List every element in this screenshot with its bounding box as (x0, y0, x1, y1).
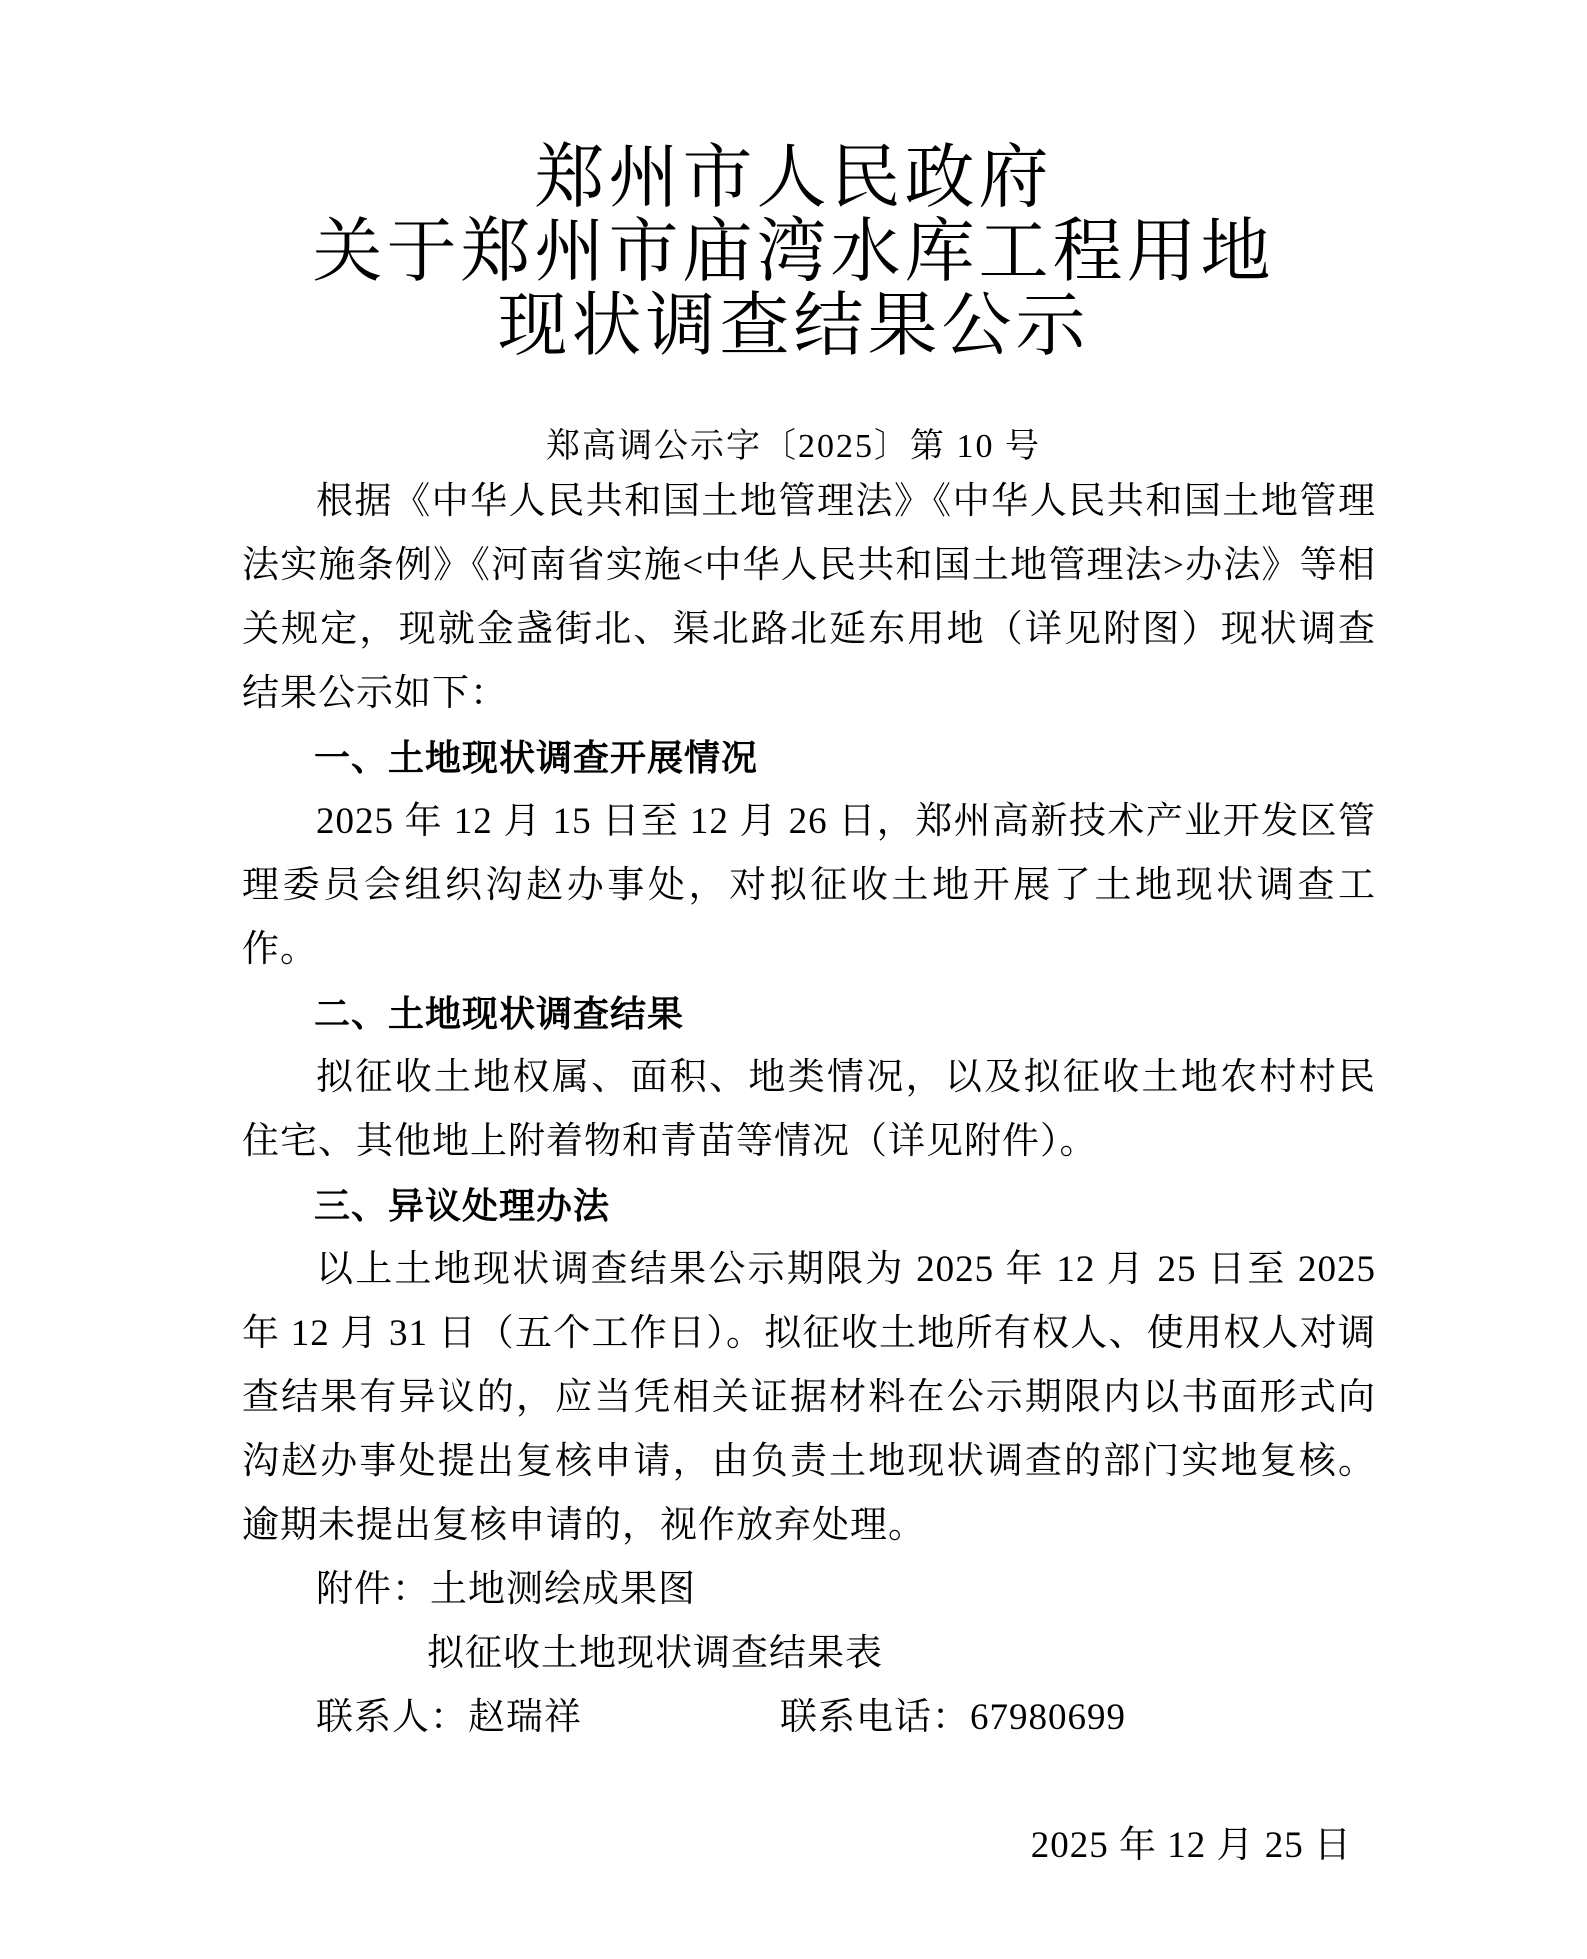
document-title-line-3: 现状调查结果公示 (0, 290, 1587, 364)
contact-line: 联系人：赵瑞祥联系电话：67980699 (242, 1686, 1376, 1750)
section-2-heading: 二、土地现状调查结果 (242, 982, 1376, 1046)
document-title-line-1: 郑州市人民政府 (0, 142, 1587, 216)
intro-paragraph: 根据《中华人民共和国土地管理法》《中华人民共和国土地管理法实施条例》《河南省实施… (242, 470, 1376, 726)
attachment-label: 附件： (316, 1569, 430, 1610)
document-body: 根据《中华人民共和国土地管理法》《中华人民共和国土地管理法实施条例》《河南省实施… (242, 470, 1376, 1878)
section-1-body: 2025 年 12 月 15 日至 12 月 26 日，郑州高新技术产业开发区管… (242, 790, 1376, 982)
contact-phone-number: 67980699 (970, 1697, 1126, 1738)
document-title-line-2: 关于郑州市庙湾水库工程用地 (0, 216, 1587, 290)
document-page: 郑州市人民政府 关于郑州市庙湾水库工程用地 现状调查结果公示 郑高调公示字〔20… (0, 0, 1587, 1959)
contact-phone-label: 联系电话： (780, 1697, 970, 1738)
document-number: 郑高调公示字〔2025〕第 10 号 (0, 424, 1587, 470)
contact-person-label: 联系人： (316, 1697, 468, 1738)
attachment-line-1: 附件：土地测绘成果图 (242, 1558, 1376, 1622)
section-2-body: 拟征收土地权属、面积、地类情况，以及拟征收土地农村村民住宅、其他地上附着物和青苗… (242, 1046, 1376, 1174)
attachment-item-2: 拟征收土地现状调查结果表 (242, 1622, 1376, 1686)
document-title: 郑州市人民政府 关于郑州市庙湾水库工程用地 现状调查结果公示 (0, 142, 1587, 364)
section-3-heading: 三、异议处理办法 (242, 1174, 1376, 1238)
document-date: 2025 年 12 月 25 日 (242, 1814, 1376, 1878)
section-1-heading: 一、土地现状调查开展情况 (242, 726, 1376, 790)
section-3-body: 以上土地现状调查结果公示期限为 2025 年 12 月 25 日至 2025 年… (242, 1238, 1376, 1558)
attachment-item-1: 土地测绘成果图 (430, 1569, 696, 1610)
contact-person-name: 赵瑞祥 (468, 1697, 582, 1738)
